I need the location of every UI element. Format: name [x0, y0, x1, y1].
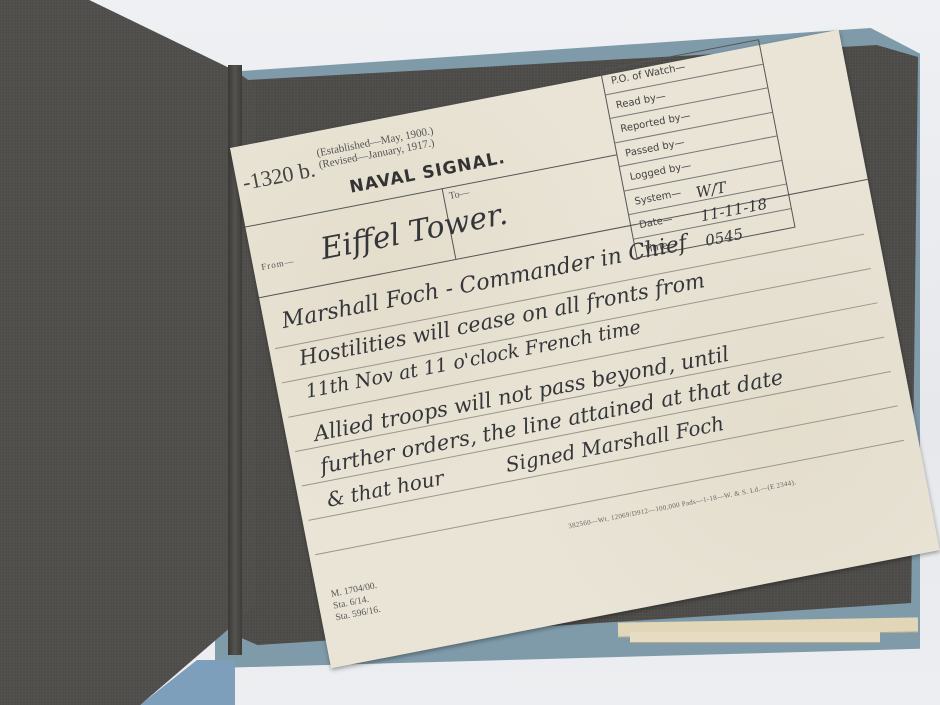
log-label: Date—: [638, 214, 673, 231]
ruled-line: [282, 268, 871, 383]
printer-imprint: 382560—Wt. 12069/D912—100,000 Pads—1-18—…: [568, 478, 797, 530]
time-value: 0545: [703, 220, 745, 253]
to-label: To—: [448, 187, 470, 202]
log-label: System—: [634, 187, 683, 207]
from-label: From—: [260, 256, 295, 272]
album-page-left: [0, 0, 255, 705]
photo-scene: -1320 b. (Established—May, 1900.) (Revis…: [0, 0, 940, 705]
stock-codes: M. 1704/00. Sta. 6/14. Sta. 596/16.: [330, 580, 383, 624]
signal-log-box: P.O. of Watch— Read by— Reported by— Pas…: [600, 39, 796, 258]
form-number: -1320 b.: [240, 156, 317, 196]
log-label: Read by—: [615, 91, 667, 111]
loose-paper-strip: [630, 632, 880, 643]
ruled-line: [288, 302, 877, 417]
